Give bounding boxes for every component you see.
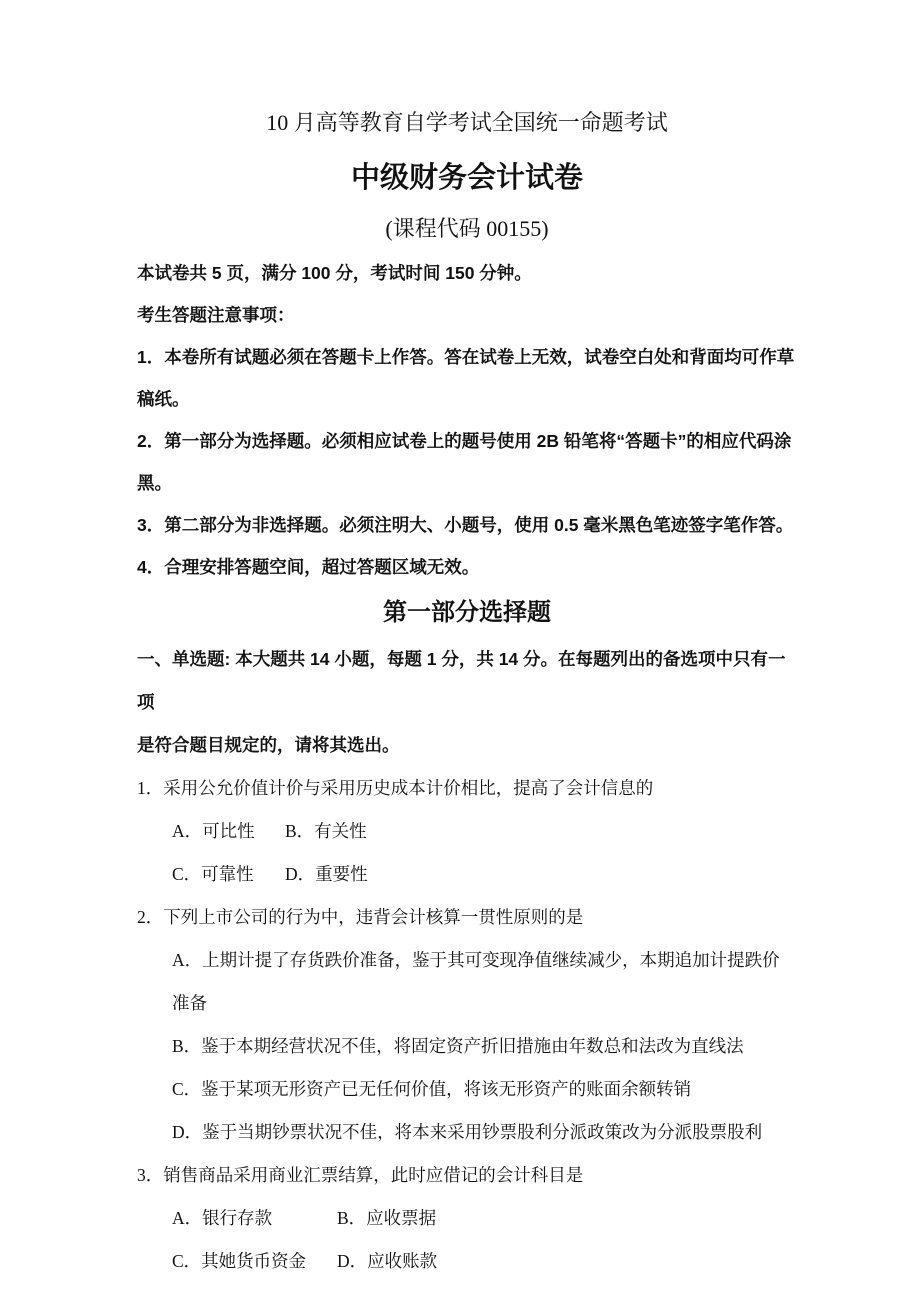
document-content: 10 月高等教育自学考试全国统一命题考试 中级财务会计试卷 (课程代码 0015… <box>137 100 797 1283</box>
part1-heading: 第一部分选择题 <box>137 588 797 638</box>
question-1-option-a: A．可比性 <box>172 810 285 853</box>
notice-line-1-cont: 稿纸。 <box>137 378 797 420</box>
notice-heading: 考生答题注意事项： <box>137 294 797 336</box>
question-3-option-d: D．应收账款 <box>337 1240 437 1283</box>
question-2-stem: 2．下列上市公司的行为中，违背会计核算一贯性原则的是 <box>137 896 797 939</box>
paper-title: 中级财务会计试卷 <box>137 150 797 206</box>
question-1-option-d: D．重要性 <box>285 853 368 896</box>
question-3-option-c: C．其她货币资金 <box>172 1240 337 1283</box>
question-1-options-row-2: C．可靠性 D．重要性 <box>137 853 797 896</box>
question-2-option-a: A．上期计提了存货跌价准备，鉴于其可变现净值继续减少，本期追加计提跌价准备 <box>137 939 797 1025</box>
notice-line-2-cont: 黑。 <box>137 462 797 504</box>
question-1-stem: 1．采用公允价值计价与采用历史成本计价相比，提高了会计信息的 <box>137 767 797 810</box>
exam-paper-page: 10 月高等教育自学考试全国统一命题考试 中级财务会计试卷 (课程代码 0015… <box>0 0 920 1302</box>
notice-line-3: 3．第二部分为非选择题。必须注明大、小题号，使用 0.5 毫米黑色笔迹签字笔作答… <box>137 504 797 546</box>
section-intro-line-2: 是符合题目规定的，请将其选出。 <box>137 724 797 767</box>
question-3-option-b: B．应收票据 <box>337 1197 436 1240</box>
paper-info-line: 本试卷共 5 页，满分 100 分，考试时间 150 分钟。 <box>137 252 797 294</box>
exam-session-title: 10 月高等教育自学考试全国统一命题考试 <box>137 100 797 146</box>
section-intro-line-1: 一、单选题: 本大题共 14 小题，每题 1 分，共 14 分。在每题列出的备选… <box>137 638 797 724</box>
notice-line-4: 4．合理安排答题空间，超过答题区域无效。 <box>137 546 797 588</box>
notice-line-2: 2．第一部分为选择题。必须相应试卷上的题号使用 2B 铅笔将“答题卡”的相应代码… <box>137 420 797 462</box>
question-2-option-d: D．鉴于当期钞票状况不佳，将本来采用钞票股利分派政策改为分派股票股利 <box>137 1111 797 1154</box>
question-3-options-row-2: C．其她货币资金 D．应收账款 <box>137 1240 797 1283</box>
question-1-options-row-1: A．可比性 B．有关性 <box>137 810 797 853</box>
question-2-option-b: B．鉴于本期经营状况不佳，将固定资产折旧措施由年数总和法改为直线法 <box>137 1025 797 1068</box>
question-1-option-b: B．有关性 <box>285 810 367 853</box>
question-1-option-c: C．可靠性 <box>172 853 285 896</box>
question-3-stem: 3．销售商品采用商业汇票结算，此时应借记的会计科目是 <box>137 1154 797 1197</box>
question-3-options-row-1: A．银行存款 B．应收票据 <box>137 1197 797 1240</box>
course-code: (课程代码 00155) <box>137 206 797 252</box>
notice-line-1: 1．本卷所有试题必须在答题卡上作答。答在试卷上无效，试卷空白处和背面均可作草 <box>137 336 797 378</box>
question-2-option-c: C．鉴于某项无形资产已无任何价值，将该无形资产的账面余额转销 <box>137 1068 797 1111</box>
question-3-option-a: A．银行存款 <box>172 1197 337 1240</box>
